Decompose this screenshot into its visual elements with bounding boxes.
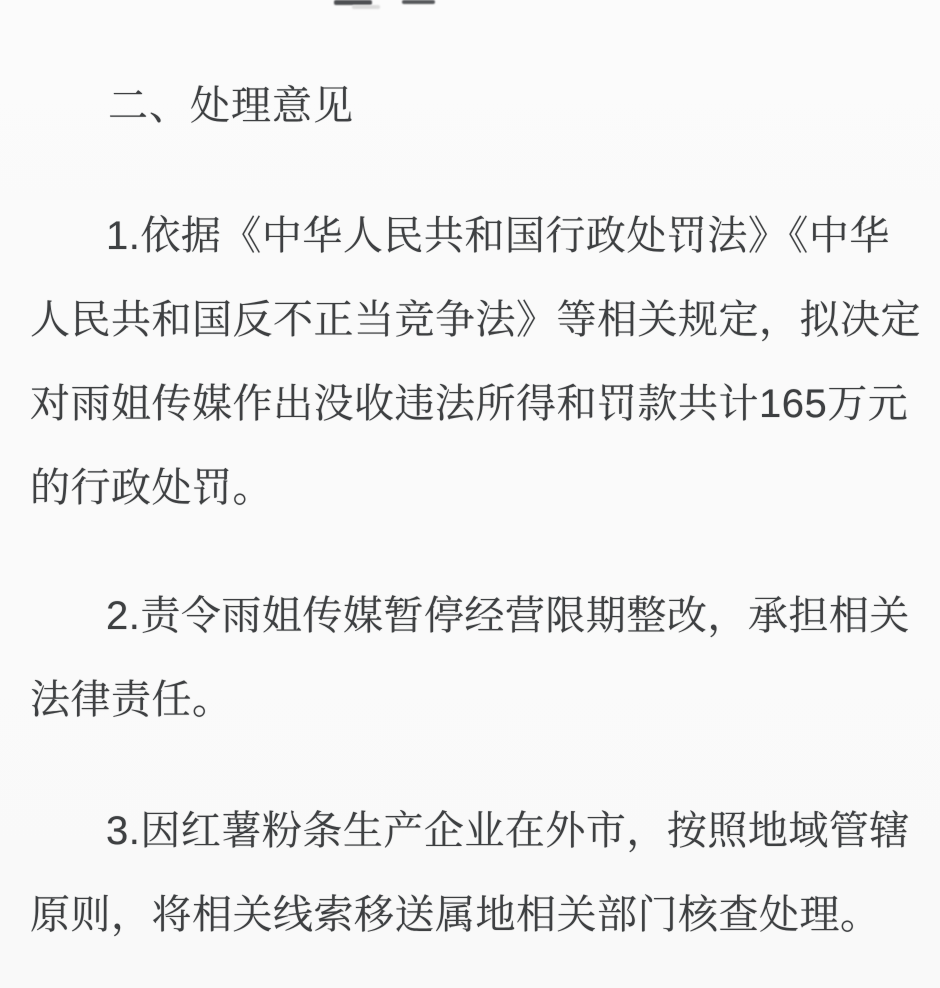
paragraph-3-line-2: 原则，将相关线索移送属地相关部门核查处理。 [30, 873, 930, 957]
document-page: { "page": { "background": "#fafafa", "te… [0, 0, 940, 988]
cutoff-text-fragment-top [402, 0, 435, 4]
paragraph-2-line-1: 2.责令雨姐传媒暂停经营限期整改，承担相关 [30, 574, 940, 658]
section-heading: 二、处理意见 [30, 64, 940, 148]
paragraph-3-line-1: 3.因红薯粉条生产企业在外市，按照地域管辖 [30, 789, 940, 873]
cutoff-text-fragment-top [352, 5, 380, 9]
paragraph-2-line-2: 法律责任。 [30, 658, 930, 742]
paragraph-1-line-2: 人民共和国反不正当竞争法》等相关规定，拟决定 [30, 278, 930, 362]
paragraph-1-line-3: 对雨姐传媒作出没收违法所得和罚款共计165万元 [30, 362, 930, 446]
paragraph-1-line-1: 1.依据《中华人民共和国行政处罚法》《中华 [30, 194, 940, 278]
paragraph-1-line-4: 的行政处罚。 [30, 446, 930, 530]
